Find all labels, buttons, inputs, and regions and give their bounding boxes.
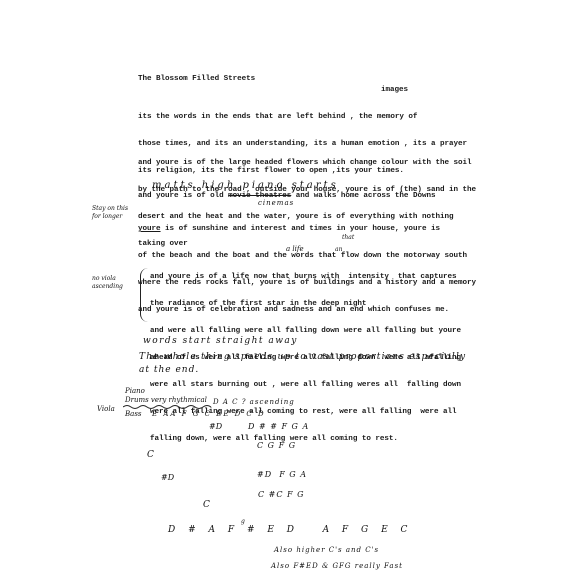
handwritten-piano-starts: matts high piano starts xyxy=(152,180,339,191)
para5-line: the radiance of the first star in the de… xyxy=(150,300,461,309)
bass-notes: E AA F G C EE D C D xyxy=(152,410,266,418)
para3-suffix: and walks home across the Downs xyxy=(291,192,435,200)
chord: #D xyxy=(209,422,222,431)
chord: C #C F G xyxy=(258,490,305,499)
para5-line: and youre is of a life now that burns wi… xyxy=(150,273,461,282)
final-superscript: g xyxy=(241,518,245,525)
chord: #D F G A xyxy=(257,470,307,479)
para1-line: its the words in the ends that are left … xyxy=(138,113,467,122)
para2-line: and youre is of the large headed flowers… xyxy=(138,159,476,168)
underlined-youre: youre xyxy=(138,225,161,233)
document-title: The Blossom Filled Streets xyxy=(138,75,255,84)
para5-line: were all stars burning out , were all fa… xyxy=(150,381,461,390)
para4-line: is of sunshine and interest and times in… xyxy=(161,225,440,233)
label-piano: Piano xyxy=(125,387,145,395)
handwritten-that: that xyxy=(342,234,354,241)
handwritten-a-life: a life xyxy=(286,245,304,253)
para5-line: and were all falling were all falling do… xyxy=(150,327,461,336)
margin-note-stay-longer: Stay on this for longer xyxy=(92,205,138,221)
insert-images: images xyxy=(381,86,408,95)
chord: #D xyxy=(161,473,174,482)
document-page: The Blossom Filled Streets images its th… xyxy=(0,0,587,583)
chord: D # # F G A xyxy=(248,422,309,431)
bracket-mark xyxy=(140,268,149,322)
chord: C G F G xyxy=(257,441,296,450)
note-at-end: at the end. xyxy=(139,365,199,375)
label-bass: Bass xyxy=(125,410,142,418)
footer-note-1: Also higher C's and C's xyxy=(274,546,379,554)
handwritten-cinemas: cinemas xyxy=(258,199,294,207)
para5-line: falling down, were all falling were all … xyxy=(150,435,461,444)
ascending-note: D A C ? ascending xyxy=(213,398,295,406)
final-note-line: D # A F # E D A F G E C xyxy=(168,525,412,535)
chord: C xyxy=(203,500,210,510)
footer-note-2: Also F#ED & GFG really Fast xyxy=(271,562,403,570)
chord: C xyxy=(147,450,154,460)
label-drums: Drums very rhythmical xyxy=(125,396,207,404)
note-words-start: words start straight away xyxy=(143,336,298,346)
para3-prefix: and youre is of old xyxy=(138,192,228,200)
label-viola: Viola xyxy=(97,405,115,413)
note-speeds-up: The whole thing speeds up to vast propor… xyxy=(139,352,466,362)
margin-note-viola-ascending: no viola ascending xyxy=(92,275,136,291)
handwritten-an: an xyxy=(335,246,342,253)
